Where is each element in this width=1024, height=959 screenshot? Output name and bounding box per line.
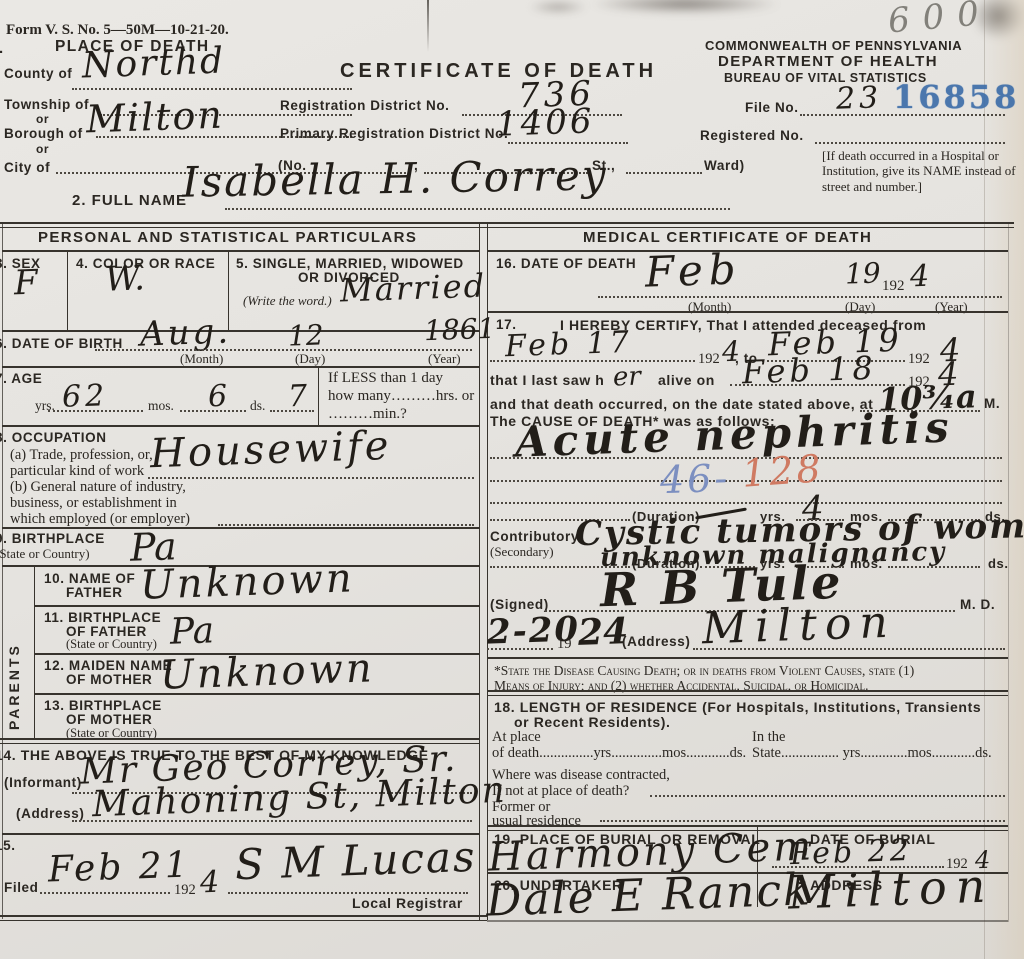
signed-address-dotted <box>693 648 1005 650</box>
residence-label-2: or Recent Residents). <box>514 714 671 730</box>
full-name-value: Isabella H. Correy <box>182 154 608 203</box>
secondary-label: (Secondary) <box>490 544 554 560</box>
parents-box-divider <box>34 565 35 738</box>
row-age-bottom-rule <box>2 425 479 427</box>
full-name-dotted <box>225 208 730 210</box>
attended-dotted-1 <box>490 360 695 362</box>
duration2-mos-label: mos. <box>850 556 883 571</box>
less-than-line-2: how many………hrs. or <box>328 388 474 405</box>
father-birthplace-label-1: 11. BIRTHPLACE <box>44 610 161 625</box>
township-label: Township of <box>4 97 89 112</box>
dob-month: Aug. <box>139 314 231 351</box>
registration-district-label: Registration District No. <box>280 98 450 113</box>
birthplace-hint: (State or Country) <box>0 546 90 562</box>
undertaker-bottom-rule <box>487 920 1008 922</box>
less-than-line-3: ………min.? <box>328 406 407 423</box>
contributory-label: Contributory <box>490 529 579 544</box>
occupation-b-dotted <box>218 524 474 526</box>
top-double-rule <box>0 222 1014 228</box>
fold-crease <box>427 0 429 52</box>
death-certificate-scan: { "paper": { "ink": "#221e19", "pencil_g… <box>0 0 1024 959</box>
pencil-number: 600 <box>887 0 993 38</box>
age-label: 7. AGE <box>0 371 42 386</box>
last-saw-label: that I last saw h <box>490 372 604 388</box>
father-birthplace-hint: (State or Country) <box>66 637 157 652</box>
last-saw-date-value: Feb 18 <box>741 352 877 389</box>
occupation-b-line-2: business, or establishment in <box>10 495 177 512</box>
street-ward-dotted <box>626 172 702 174</box>
row-mother-bottom-rule <box>34 693 479 695</box>
at-place-line-2: of death...............yrs..............… <box>492 745 746 762</box>
right-section-title: MEDICAL CERTIFICATE OF DEATH <box>583 229 872 246</box>
filed-year-handwritten: 4 <box>199 868 219 899</box>
cause-dotted-3 <box>490 502 1002 504</box>
section1-number: 1. <box>0 40 4 57</box>
filed-number: 15. <box>0 838 16 853</box>
row-sex-bottom-rule <box>2 330 479 332</box>
city-label: City of <box>4 160 50 175</box>
date-of-death-year-hw: 4 <box>909 262 929 293</box>
last-saw-pronoun-hw: er <box>613 364 642 391</box>
dob-year: 1861 <box>424 315 496 345</box>
county-label: County of <box>4 66 72 81</box>
footnote-bottom-double-rule <box>487 690 1008 696</box>
age-ds-value: 7 <box>287 382 307 413</box>
code-red-value: 128 <box>741 449 825 493</box>
dob-dotted <box>95 349 472 351</box>
right-border <box>1008 222 1009 922</box>
signed-year-printed: 19 <box>557 636 572 653</box>
street-ward-label: Ward) <box>704 158 745 173</box>
age-yrs-value: 62 <box>61 381 108 413</box>
filed-dotted-1 <box>40 892 170 894</box>
primary-district-value: 1406 <box>495 104 595 141</box>
primary-district-dotted <box>508 142 628 144</box>
age-ds-label: ds. <box>250 398 265 414</box>
date-of-death-year-printed: 192 <box>882 278 905 295</box>
attended-from-value: Feb 17 <box>505 328 634 362</box>
dob-year-cap: (Year) <box>428 351 461 367</box>
or-label-2: or <box>36 142 49 156</box>
in-the-line-1: In the <box>752 729 785 746</box>
file-no-dotted <box>800 114 1005 116</box>
full-name-label: 2. FULL NAME <box>72 192 187 209</box>
sex-race-divider <box>67 250 68 330</box>
filed-date-value: Feb 21 <box>47 848 191 889</box>
age-mos-label: mos. <box>148 398 174 414</box>
filed-dotted-2 <box>228 892 468 894</box>
age-dotted-3 <box>270 410 314 412</box>
borough-label: Borough of <box>4 126 83 141</box>
marital-value: Married <box>339 269 486 306</box>
commonwealth-line: COMMONWEALTH OF PENNSYLVANIA <box>705 38 962 53</box>
duration2-dotted-4 <box>888 566 980 568</box>
ink-smudge-top <box>590 0 780 14</box>
dob-day-cap: (Day) <box>295 351 325 367</box>
left-border <box>2 222 3 919</box>
race-label: 4. COLOR OR RACE <box>76 256 215 271</box>
parents-vertical-label: PARENTS <box>6 580 22 730</box>
row-father-bottom-rule <box>34 605 479 607</box>
birthplace-label: 9. BIRTHPLACE <box>0 531 105 546</box>
alive-on-label: alive on <box>658 372 715 388</box>
file-no-label: File No. <box>745 100 799 115</box>
form-number: Form V. S. No. 5—50M—10-21-20. <box>6 22 229 39</box>
contracted-dotted <box>650 795 1005 797</box>
county-dotted-line <box>72 88 352 90</box>
less-than-line-1: If LESS than 1 day <box>328 370 443 387</box>
race-value: W. <box>104 261 145 296</box>
at-place-line-1: At place <box>492 729 541 746</box>
right-title-rule <box>487 250 1008 252</box>
occupation-b-line-1: (b) General nature of industry, <box>10 479 186 496</box>
mother-name-label-1: 12. MAIDEN NAME <box>44 658 172 673</box>
mother-birthplace-label-1: 13. BIRTHPLACE <box>44 698 162 713</box>
registered-no-label: Registered No. <box>700 128 804 143</box>
left-title-rule <box>2 250 479 252</box>
or-label-1: or <box>36 112 49 126</box>
signed-address-value: Milton <box>701 601 896 652</box>
certificate-title: CERTIFICATE OF DEATH <box>340 60 657 83</box>
dob-day: 12 <box>288 321 325 350</box>
informant-address-label: (Address) <box>16 806 84 821</box>
father-name-label-1: 10. NAME OF <box>44 571 135 586</box>
undertaker-value: Dale E Ranck <box>485 868 812 923</box>
informant-address-dotted <box>72 820 472 822</box>
cause-of-death-value: Acute nephritis <box>514 406 954 463</box>
row-occupation-bottom-rule <box>2 527 479 529</box>
file-no-value: 23 <box>835 83 882 115</box>
dob-month-cap: (Month) <box>180 351 223 367</box>
hospital-note: [If death occurred in a Hospital or Inst… <box>822 148 1018 194</box>
father-birthplace-value: Pa <box>169 613 214 651</box>
row-dob-bottom-rule <box>2 366 479 368</box>
date-of-death-day: 19 <box>845 259 882 288</box>
primary-district-label: Primary Registration District No. <box>280 126 508 141</box>
registered-no-dotted <box>815 142 1005 144</box>
year1-printed: 192 <box>698 351 720 368</box>
footnote-line-1: *State the Disease Causing Death; or in … <box>494 663 914 679</box>
year2-printed: 192 <box>908 351 930 368</box>
age-subcell-divider <box>318 366 319 425</box>
occupation-a-dotted <box>148 477 474 479</box>
father-name-value: Unknown <box>139 558 355 605</box>
death-time-m-label: M. <box>984 396 1000 411</box>
department-line: DEPARTMENT OF HEALTH <box>718 53 938 70</box>
former-dotted <box>600 820 1005 822</box>
age-dotted-1 <box>48 410 143 412</box>
signed-address-label: (Address) <box>622 634 690 649</box>
duration2-ds-label: ds. <box>988 556 1009 571</box>
left-bottom-double-rule <box>0 915 487 921</box>
local-registrar-label: Local Registrar <box>352 895 463 911</box>
undertaker-address-value: Milton <box>787 862 995 915</box>
left-section-title: PERSONAL AND STATISTICAL PARTICULARS <box>38 229 417 246</box>
contracted-line-2: If not at place of death? <box>492 783 629 800</box>
occupation-label: 8. OCCUPATION <box>0 430 107 445</box>
md-label: M. D. <box>960 597 995 612</box>
occupation-a-line-2: particular kind of work <box>10 463 144 480</box>
row-dod-bottom-rule <box>487 311 1008 313</box>
filed-year-printed: 192 <box>174 882 196 899</box>
in-the-line-2: State................ yrs.............mo… <box>752 745 992 762</box>
file-no-stamp: 16858 <box>893 78 1019 116</box>
signed-date-dotted <box>487 648 553 650</box>
date-of-death-month: Feb <box>644 248 742 293</box>
mother-birthplace-label-2: OF MOTHER <box>66 712 152 727</box>
county-value: Northd <box>81 44 225 85</box>
father-name-label-2: FATHER <box>66 585 123 600</box>
borough-value: Milton <box>85 96 224 139</box>
sex-value: F <box>13 266 38 301</box>
ink-smudge-top-2 <box>528 0 588 14</box>
code-blue-value: 46- <box>659 459 730 499</box>
contracted-line-1: Where was disease contracted, <box>492 767 670 784</box>
residence-label-1: 18. LENGTH OF RESIDENCE (For Hospitals, … <box>494 699 981 715</box>
occupation-a-line-1: (a) Trade, profession, or, <box>10 447 153 464</box>
date-of-death-label: 16. DATE OF DEATH <box>496 256 636 271</box>
mother-name-value: Unknown <box>159 648 375 695</box>
occupation-value: Housewife <box>149 426 392 474</box>
filed-label: Filed <box>4 880 39 895</box>
date-of-death-dotted <box>598 296 1002 298</box>
age-mos-value: 6 <box>207 382 227 413</box>
age-dotted-2 <box>180 410 246 412</box>
informant-label: (Informant) <box>4 775 82 790</box>
registrar-signature: S M Lucas <box>234 836 477 886</box>
mother-name-label-2: OF MOTHER <box>66 672 152 687</box>
marital-hint: (Write the word.) <box>243 293 332 309</box>
signed-bottom-rule <box>487 657 1008 659</box>
